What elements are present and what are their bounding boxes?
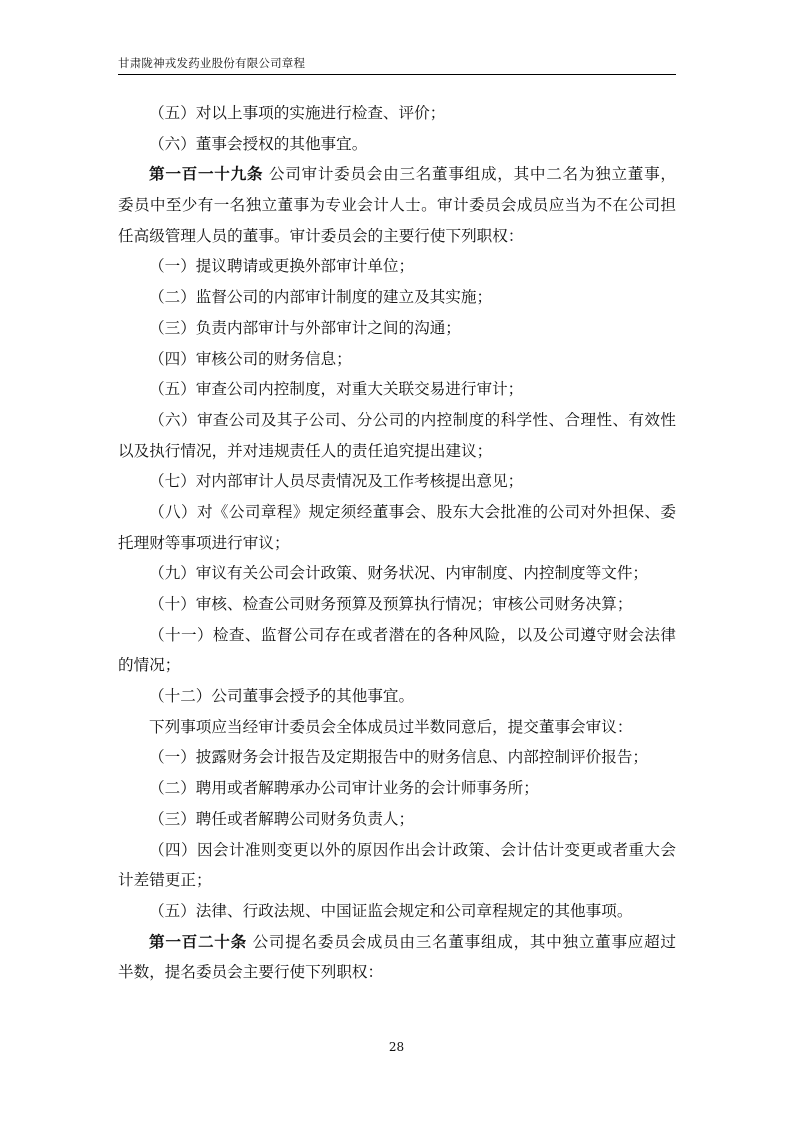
paragraph-line: 计差错更正；: [118, 865, 676, 896]
line-text: （三）负责内部审计与外部审计之间的沟通；: [149, 319, 461, 337]
line-text: 委员中至少有一名独立董事为专业会计人士。审计委员会成员应当为不在公司担: [118, 196, 676, 214]
paragraph-line: （八）对《公司章程》规定须经董事会、股东大会批准的公司对外担保、委: [118, 497, 676, 528]
line-text: （二）监督公司的内部审计制度的建立及其实施；: [149, 288, 492, 306]
paragraph-line: （十）审核、检查公司财务预算及预算执行情况；审核公司财务决算；: [118, 589, 676, 620]
article-number: 第一百二十条: [149, 932, 247, 951]
line-text: （三）聘任或者解聘公司财务负责人；: [149, 810, 414, 828]
paragraph-line: 的情况；: [118, 650, 676, 681]
paragraph-line: （六）董事会授权的其他事宜。: [118, 129, 676, 160]
paragraph-line: （九）审议有关公司会计政策、财务状况、内审制度、内控制度等文件；: [118, 558, 676, 589]
paragraph-line: （五）对以上事项的实施进行检查、评价；: [118, 98, 676, 129]
paragraph-line: （七）对内部审计人员尽责情况及工作考核提出意见；: [118, 466, 676, 497]
line-text: （七）对内部审计人员尽责情况及工作考核提出意见；: [149, 472, 523, 490]
page-header: 甘肃陇神戎发药业股份有限公司章程: [118, 56, 676, 75]
line-text: （五）对以上事项的实施进行检查、评价；: [149, 104, 445, 122]
page-number: 28: [0, 1040, 793, 1054]
line-text: 任高级管理人员的董事。审计委员会的主要行使下列职权：: [118, 227, 523, 245]
line-text: （五）审查公司内控制度，对重大关联交易进行审计；: [149, 380, 523, 398]
document-body: （五）对以上事项的实施进行检查、评价；（六）董事会授权的其他事宜。第一百一十九条…: [118, 98, 676, 988]
paragraph-line: 半数，提名委员会主要行使下列职权：: [118, 957, 676, 988]
line-text: 的情况；: [118, 656, 180, 674]
line-text: （六）董事会授权的其他事宜。: [149, 135, 367, 153]
line-text: （四）审核公司的财务信息；: [149, 350, 352, 368]
article-number: 第一百一十九条: [149, 164, 263, 183]
line-text: 公司提名委员会成员由三名董事组成，其中独立董事应超过: [247, 933, 676, 951]
line-text: 公司审计委员会由三名董事组成，其中二名为独立董事，: [263, 165, 676, 183]
line-text: （二）聘用或者解聘承办公司审计业务的会计师事务所；: [149, 779, 539, 797]
paragraph-line: （五）审查公司内控制度，对重大关联交易进行审计；: [118, 374, 676, 405]
article-paragraph-line: 第一百一十九条 公司审计委员会由三名董事组成，其中二名为独立董事，: [118, 159, 676, 190]
line-text: （一）披露财务会计报告及定期报告中的财务信息、内部控制评价报告；: [149, 748, 648, 766]
line-text: 下列事项应当经审计委员会全体成员过半数同意后，提交董事会审议：: [149, 718, 632, 736]
line-text: 半数，提名委员会主要行使下列职权：: [118, 963, 383, 981]
paragraph-line: 任高级管理人员的董事。审计委员会的主要行使下列职权：: [118, 221, 676, 252]
paragraph-line: （二）监督公司的内部审计制度的建立及其实施；: [118, 282, 676, 313]
line-text: （十一）检查、监督公司存在或者潜在的各种风险，以及公司遵守财会法律: [149, 626, 676, 644]
paragraph-line: （六）审查公司及其子公司、分公司的内控制度的科学性、合理性、有效性: [118, 405, 676, 436]
document-title: 甘肃陇神戎发药业股份有限公司章程: [118, 55, 305, 71]
line-text: （五）法律、行政法规、中国证监会规定和公司章程规定的其他事项。: [149, 902, 632, 920]
line-text: 以及执行情况，并对违规责任人的责任追究提出建议；: [118, 442, 492, 460]
line-text: 托理财等事项进行审议；: [118, 534, 290, 552]
article-paragraph-line: 第一百二十条 公司提名委员会成员由三名董事组成，其中独立董事应超过: [118, 927, 676, 958]
paragraph-line: 下列事项应当经审计委员会全体成员过半数同意后，提交董事会审议：: [118, 712, 676, 743]
paragraph-line: （十二）公司董事会授予的其他事宜。: [118, 681, 676, 712]
paragraph-line: 以及执行情况，并对违规责任人的责任追究提出建议；: [118, 436, 676, 467]
line-text: 计差错更正；: [118, 871, 212, 889]
line-text: （十二）公司董事会授予的其他事宜。: [149, 687, 414, 705]
paragraph-line: 托理财等事项进行审议；: [118, 528, 676, 559]
paragraph-line: （五）法律、行政法规、中国证监会规定和公司章程规定的其他事项。: [118, 896, 676, 927]
line-text: （一）提议聘请或更换外部审计单位；: [149, 257, 414, 275]
paragraph-line: （三）负责内部审计与外部审计之间的沟通；: [118, 313, 676, 344]
line-text: （十）审核、检查公司财务预算及预算执行情况；审核公司财务决算；: [149, 595, 632, 613]
line-text: （八）对《公司章程》规定须经董事会、股东大会批准的公司对外担保、委: [149, 503, 676, 521]
line-text: （四）因会计准则变更以外的原因作出会计政策、会计估计变更或者重大会: [149, 841, 676, 859]
line-text: （九）审议有关公司会计政策、财务状况、内审制度、内控制度等文件；: [149, 564, 648, 582]
paragraph-line: （四）因会计准则变更以外的原因作出会计政策、会计估计变更或者重大会: [118, 835, 676, 866]
paragraph-line: （十一）检查、监督公司存在或者潜在的各种风险，以及公司遵守财会法律: [118, 620, 676, 651]
paragraph-line: 委员中至少有一名独立董事为专业会计人士。审计委员会成员应当为不在公司担: [118, 190, 676, 221]
paragraph-line: （一）披露财务会计报告及定期报告中的财务信息、内部控制评价报告；: [118, 742, 676, 773]
paragraph-line: （四）审核公司的财务信息；: [118, 344, 676, 375]
paragraph-line: （一）提议聘请或更换外部审计单位；: [118, 251, 676, 282]
paragraph-line: （三）聘任或者解聘公司财务负责人；: [118, 804, 676, 835]
paragraph-line: （二）聘用或者解聘承办公司审计业务的会计师事务所；: [118, 773, 676, 804]
line-text: （六）审查公司及其子公司、分公司的内控制度的科学性、合理性、有效性: [149, 411, 676, 429]
